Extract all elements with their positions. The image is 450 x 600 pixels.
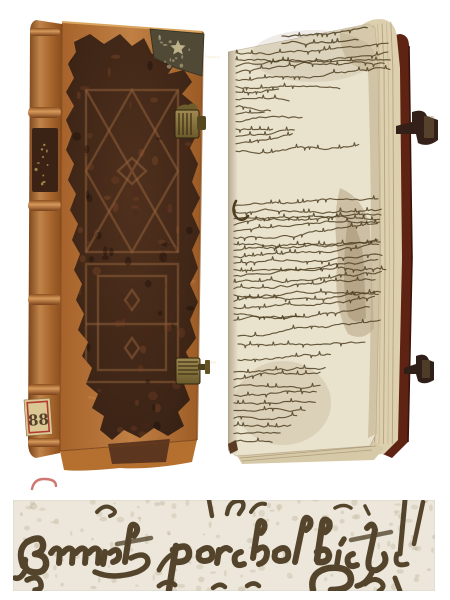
spine-endband — [30, 28, 60, 36]
spine-raised-band — [28, 384, 61, 395]
binding-photo: 88 — [20, 12, 220, 480]
red-ink-mark — [30, 477, 62, 491]
book-front-cover — [60, 22, 220, 451]
manuscript-photo-collage: 88 — [0, 0, 450, 600]
handwriting-detail-photo — [13, 500, 435, 591]
spine-label-text: 88 — [27, 410, 49, 429]
book-spine: 88 — [24, 20, 62, 458]
manuscript-page — [228, 24, 390, 456]
spine-shelf-label: 88 — [24, 398, 52, 436]
spine-raised-band — [28, 294, 61, 305]
spine-raised-band — [28, 200, 61, 211]
open-page-photo — [228, 8, 446, 474]
spine-raised-band — [28, 107, 61, 118]
